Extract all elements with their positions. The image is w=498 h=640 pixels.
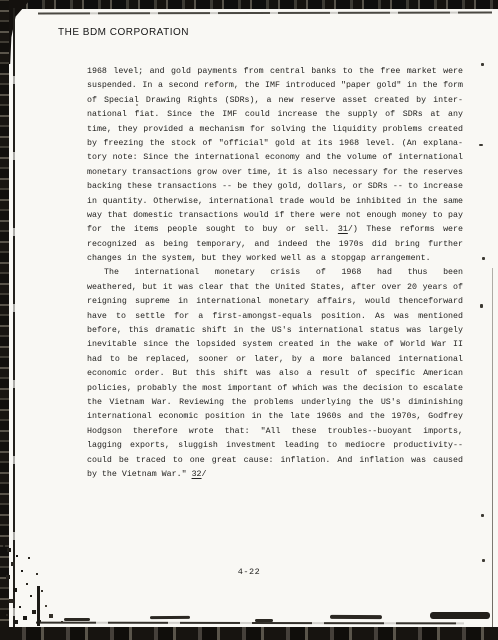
body-line: suspended. In a second reform, the IMF i… bbox=[87, 79, 463, 93]
footnote-ref-32: 32 bbox=[192, 470, 202, 479]
body-line: national fiat. Since the IMF could incre… bbox=[87, 108, 463, 122]
page-border-right-line bbox=[492, 268, 493, 634]
scan-speck bbox=[479, 144, 483, 146]
scan-speck bbox=[482, 559, 485, 562]
scan-edge-left bbox=[0, 0, 9, 640]
body-line: Hodgson therefore wrote that: "All these… bbox=[87, 425, 463, 439]
page-border-bottom-line bbox=[36, 622, 464, 625]
body-line: of Special Drawing Rights (SDRs), a new … bbox=[87, 94, 463, 108]
company-letterhead: THE BDM CORPORATION bbox=[58, 27, 189, 38]
body-line: The international monetary crisis of 196… bbox=[87, 266, 463, 280]
body-line: in quantity. Otherwise, international tr… bbox=[87, 195, 463, 209]
body-line: before, this dramatic shift in the US's … bbox=[87, 324, 463, 338]
scan-speck bbox=[482, 257, 485, 260]
scan-speck bbox=[481, 63, 484, 66]
body-line: the Vietnam War. Reviewing the problems … bbox=[87, 396, 463, 410]
body-line: way that domestic transactions would if … bbox=[87, 209, 463, 223]
scan-noise-bottom-left bbox=[3, 545, 5, 547]
scan-smudge bbox=[150, 616, 190, 619]
scan-speck bbox=[481, 514, 484, 517]
scan-edge-top bbox=[0, 0, 498, 9]
scan-smudge bbox=[330, 615, 382, 619]
line-text: for the items people sought to buy or se… bbox=[87, 225, 338, 234]
page-border-top-line bbox=[38, 12, 492, 15]
body-line: tory note: Since the international econo… bbox=[87, 151, 463, 165]
body-line: backing these transactions -- be they go… bbox=[87, 180, 463, 194]
body-line: had to be replaced, sooner or later, by … bbox=[87, 353, 463, 367]
scan-mark-bottom bbox=[37, 586, 40, 626]
scan-edge-bottom bbox=[0, 627, 498, 640]
scan-smudge bbox=[255, 619, 273, 622]
body-line-with-footnote: for the items people sought to buy or se… bbox=[87, 223, 463, 237]
body-line: by freezing the stock of "official" gold… bbox=[87, 137, 463, 151]
line-text: / bbox=[202, 470, 207, 479]
body-line-with-footnote: by the Vietnam War." 32/ bbox=[87, 468, 463, 482]
body-line: could be traced to one great cause: infl… bbox=[87, 454, 463, 468]
line-text: /) These reforms were bbox=[348, 225, 463, 234]
line-text: by the Vietnam War." bbox=[87, 470, 192, 479]
body-line: lagging exports, sluggish investment lea… bbox=[87, 439, 463, 453]
footnote-ref-31: 31 bbox=[338, 225, 348, 234]
scan-smudge bbox=[430, 612, 490, 619]
body-line: inevitable since the lopsided system cre… bbox=[87, 338, 463, 352]
body-line: changes in the system, but they worked w… bbox=[87, 252, 463, 266]
body-line: weathered, but it was clear that the Uni… bbox=[87, 281, 463, 295]
body-line: reigning supreme in international moneta… bbox=[87, 295, 463, 309]
scan-smudge bbox=[64, 618, 90, 621]
scan-speck bbox=[480, 304, 483, 308]
document-body: 1968 level; and gold payments from centr… bbox=[87, 65, 463, 482]
body-line: international economic position in the l… bbox=[87, 410, 463, 424]
page-border-left-line bbox=[13, 8, 15, 634]
page-number: 4-22 bbox=[0, 567, 498, 577]
body-line: time, they provided a mechanism for solv… bbox=[87, 123, 463, 137]
body-line: monetary transactions grow over time, it… bbox=[87, 166, 463, 180]
body-line: recognized as being temporary, and indee… bbox=[87, 238, 463, 252]
body-line: have to settle for a first-amongst-equal… bbox=[87, 310, 463, 324]
body-line: economic order. But this shift was also … bbox=[87, 367, 463, 381]
scanned-document-page: THE BDM CORPORATION 1968 level; and gold… bbox=[0, 0, 498, 640]
body-line: 1968 level; and gold payments from centr… bbox=[87, 65, 463, 79]
body-line: policies, probably the most important of… bbox=[87, 382, 463, 396]
